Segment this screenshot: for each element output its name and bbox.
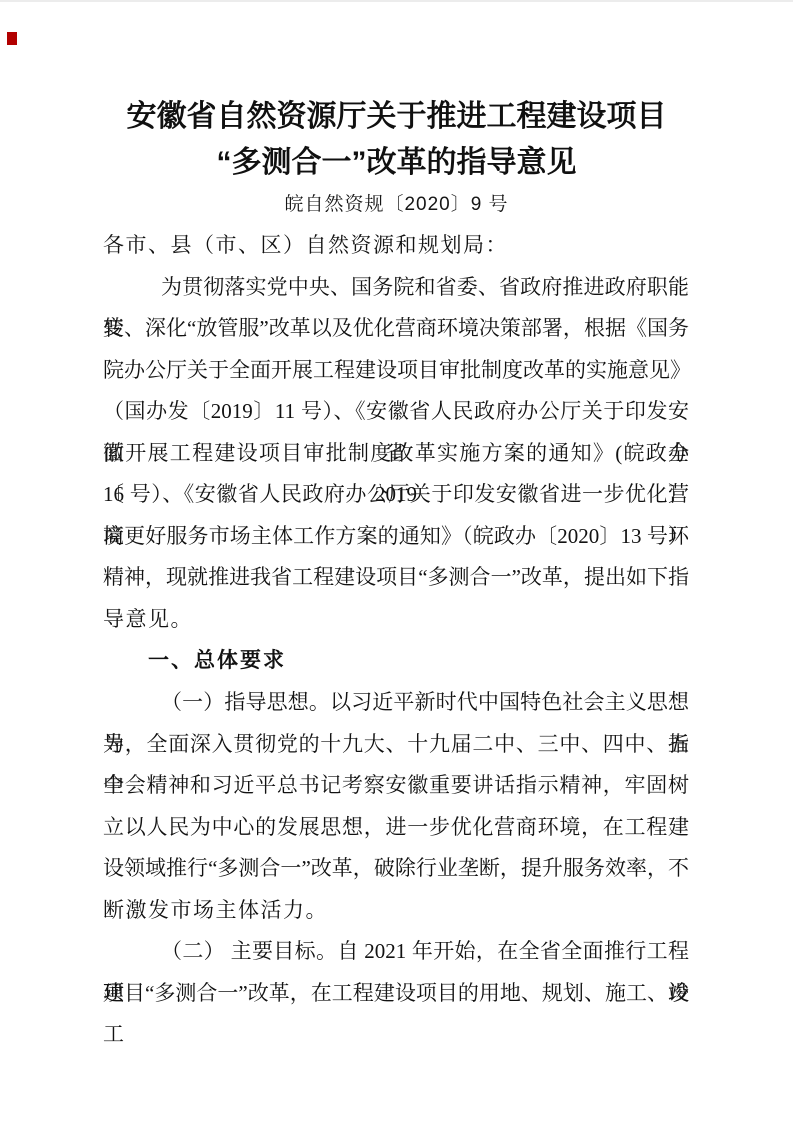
body-line: 导意见。 xyxy=(103,599,689,641)
body-line: 为贯彻落实党中央、国务院和省委、省政府推进政府职能转 xyxy=(103,267,689,309)
body-line: 境更好服务市场主体工作方案的通知》（皖政办〔2020〕13 号） xyxy=(103,516,689,558)
body-line: （一）指导思想。以习近平新时代中国特色社会主义思想为指 xyxy=(103,682,689,724)
body-line-salutation: 各市、县（市、区）自然资源和规划局： xyxy=(103,225,689,267)
body-line: 院办公厅关于全面开展工程建设项目审批制度改革的实施意见》 xyxy=(103,350,689,392)
body-line: （国办发〔2019〕11 号）、《安徽省人民政府办公厅关于印发安徽省全 xyxy=(103,391,689,433)
document-page: 安徽省自然资源厅关于推进工程建设项目 “多测合一”改革的指导意见 皖自然资规〔2… xyxy=(0,0,793,1122)
body-line: 面开展工程建设项目审批制度改革实施方案的通知》(皖政办〔2019〕 xyxy=(103,433,689,475)
document-number: 皖自然资规〔2020〕9 号 xyxy=(0,191,793,219)
body-line: 变、深化“放管服”改革以及优化营商环境决策部署，根据《国务 xyxy=(103,308,689,350)
title-line-1: 安徽省自然资源厅关于推进工程建设项目 xyxy=(0,94,793,140)
body-line: 导，全面深入贯彻党的十九大、十九届二中、三中、四中、五中 xyxy=(103,724,689,766)
body-line: （二） 主要目标。自 2021 年开始，在全省全面推行工程建设 xyxy=(103,931,689,973)
red-marker xyxy=(7,32,17,45)
document-title: 安徽省自然资源厅关于推进工程建设项目 “多测合一”改革的指导意见 xyxy=(0,94,793,186)
body-line: 断激发市场主体活力。 xyxy=(103,890,689,932)
section-heading: 一、总体要求 xyxy=(103,640,689,682)
body-line: 设领域推行“多测合一”改革，破除行业垄断，提升服务效率，不 xyxy=(103,848,689,890)
title-line-2: “多测合一”改革的指导意见 xyxy=(0,140,793,186)
body-line: 立以人民为中心的发展思想，进一步优化营商环境，在工程建 xyxy=(103,807,689,849)
page-top-edge xyxy=(0,0,793,2)
document-body: 各市、县（市、区）自然资源和规划局： 为贯彻落实党中央、国务院和省委、省政府推进… xyxy=(103,225,689,1014)
body-line: 精神，现就推进我省工程建设项目“多测合一”改革，提出如下指 xyxy=(103,557,689,599)
body-line: 项目“多测合一”改革，在工程建设项目的用地、规划、施工、竣工 xyxy=(103,973,689,1015)
body-line: 16 号）、《安徽省人民政府办公厅关于印发安徽省进一步优化营商环 xyxy=(103,474,689,516)
body-line: 全会精神和习近平总书记考察安徽重要讲话指示精神，牢固树 xyxy=(103,765,689,807)
